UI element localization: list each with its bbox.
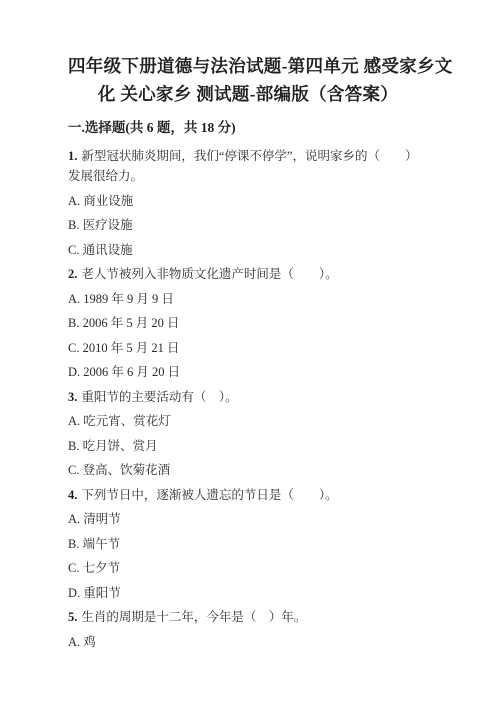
question-text: 5.生肖的周期是十二年，今年是（ ）年。 xyxy=(68,607,428,627)
document-title: 四年级下册道德与法治试题-第四单元 感受家乡文 化 关心家乡 测试题-部编版（含… xyxy=(68,52,428,108)
option: B. 2006 年 5 月 20 日 xyxy=(68,313,428,333)
option: B. 医疗设施 xyxy=(68,215,428,235)
question-number: 4. xyxy=(68,488,77,502)
question-body: 老人节被列入非物质文化遗产时间是（ ）。 xyxy=(81,267,337,281)
question-body: 生肖的周期是十二年，今年是（ ）年。 xyxy=(81,610,306,624)
option: A. 商业设施 xyxy=(68,191,428,211)
option: C. 七夕节 xyxy=(68,558,428,578)
option: D. 2006 年 6 月 20 日 xyxy=(68,362,428,382)
option: B. 端午节 xyxy=(68,534,428,554)
question-text: 4.下列节日中，逐渐被人遗忘的节日是（ ）。 xyxy=(68,485,428,505)
option: C. 登高、饮菊花酒 xyxy=(68,460,428,480)
option: A. 清明节 xyxy=(68,509,428,529)
option: D. 重阳节 xyxy=(68,583,428,603)
option: C. 通讯设施 xyxy=(68,240,428,260)
option: A. 1989 年 9 月 9 日 xyxy=(68,289,428,309)
question-body: 下列节日中，逐渐被人遗忘的节日是（ ）。 xyxy=(81,488,337,502)
title-line-2: 化 关心家乡 测试题-部编版（含答案） xyxy=(68,80,428,108)
question-block-4: 4.下列节日中，逐渐被人遗忘的节日是（ ）。 A. 清明节 B. 端午节 C. … xyxy=(68,485,428,603)
question-text: 2.老人节被列入非物质文化遗产时间是（ ）。 xyxy=(68,264,428,284)
question-number: 2. xyxy=(68,267,77,281)
title-line-1: 四年级下册道德与法治试题-第四单元 感受家乡文 xyxy=(68,52,428,80)
question-body: 新型冠状肺炎期间，我们“停课不停学”，说明家乡的（ ）发展很给力。 xyxy=(68,149,417,183)
option: B. 吃月饼、赏月 xyxy=(68,436,428,456)
option: C. 2010 年 5 月 21 日 xyxy=(68,338,428,358)
question-block-5: 5.生肖的周期是十二年，今年是（ ）年。 A. 鸡 xyxy=(68,607,428,652)
question-body: 重阳节的主要活动有（ ）。 xyxy=(81,390,237,404)
question-block-1: 1.新型冠状肺炎期间，我们“停课不停学”，说明家乡的（ ）发展很给力。 A. 商… xyxy=(68,146,428,260)
question-text: 3.重阳节的主要活动有（ ）。 xyxy=(68,387,428,407)
question-number: 5. xyxy=(68,610,77,624)
document-page: 四年级下册道德与法治试题-第四单元 感受家乡文 化 关心家乡 测试题-部编版（含… xyxy=(0,0,500,707)
question-number: 3. xyxy=(68,390,77,404)
question-text: 1.新型冠状肺炎期间，我们“停课不停学”，说明家乡的（ ）发展很给力。 xyxy=(68,146,428,186)
option: A. 鸡 xyxy=(68,632,428,652)
option: A. 吃元宵、赏花灯 xyxy=(68,411,428,431)
section-heading: 一.选择题(共 6 题，共 18 分) xyxy=(68,118,428,138)
question-block-3: 3.重阳节的主要活动有（ ）。 A. 吃元宵、赏花灯 B. 吃月饼、赏月 C. … xyxy=(68,387,428,481)
question-block-2: 2.老人节被列入非物质文化遗产时间是（ ）。 A. 1989 年 9 月 9 日… xyxy=(68,264,428,382)
question-number: 1. xyxy=(68,149,77,163)
